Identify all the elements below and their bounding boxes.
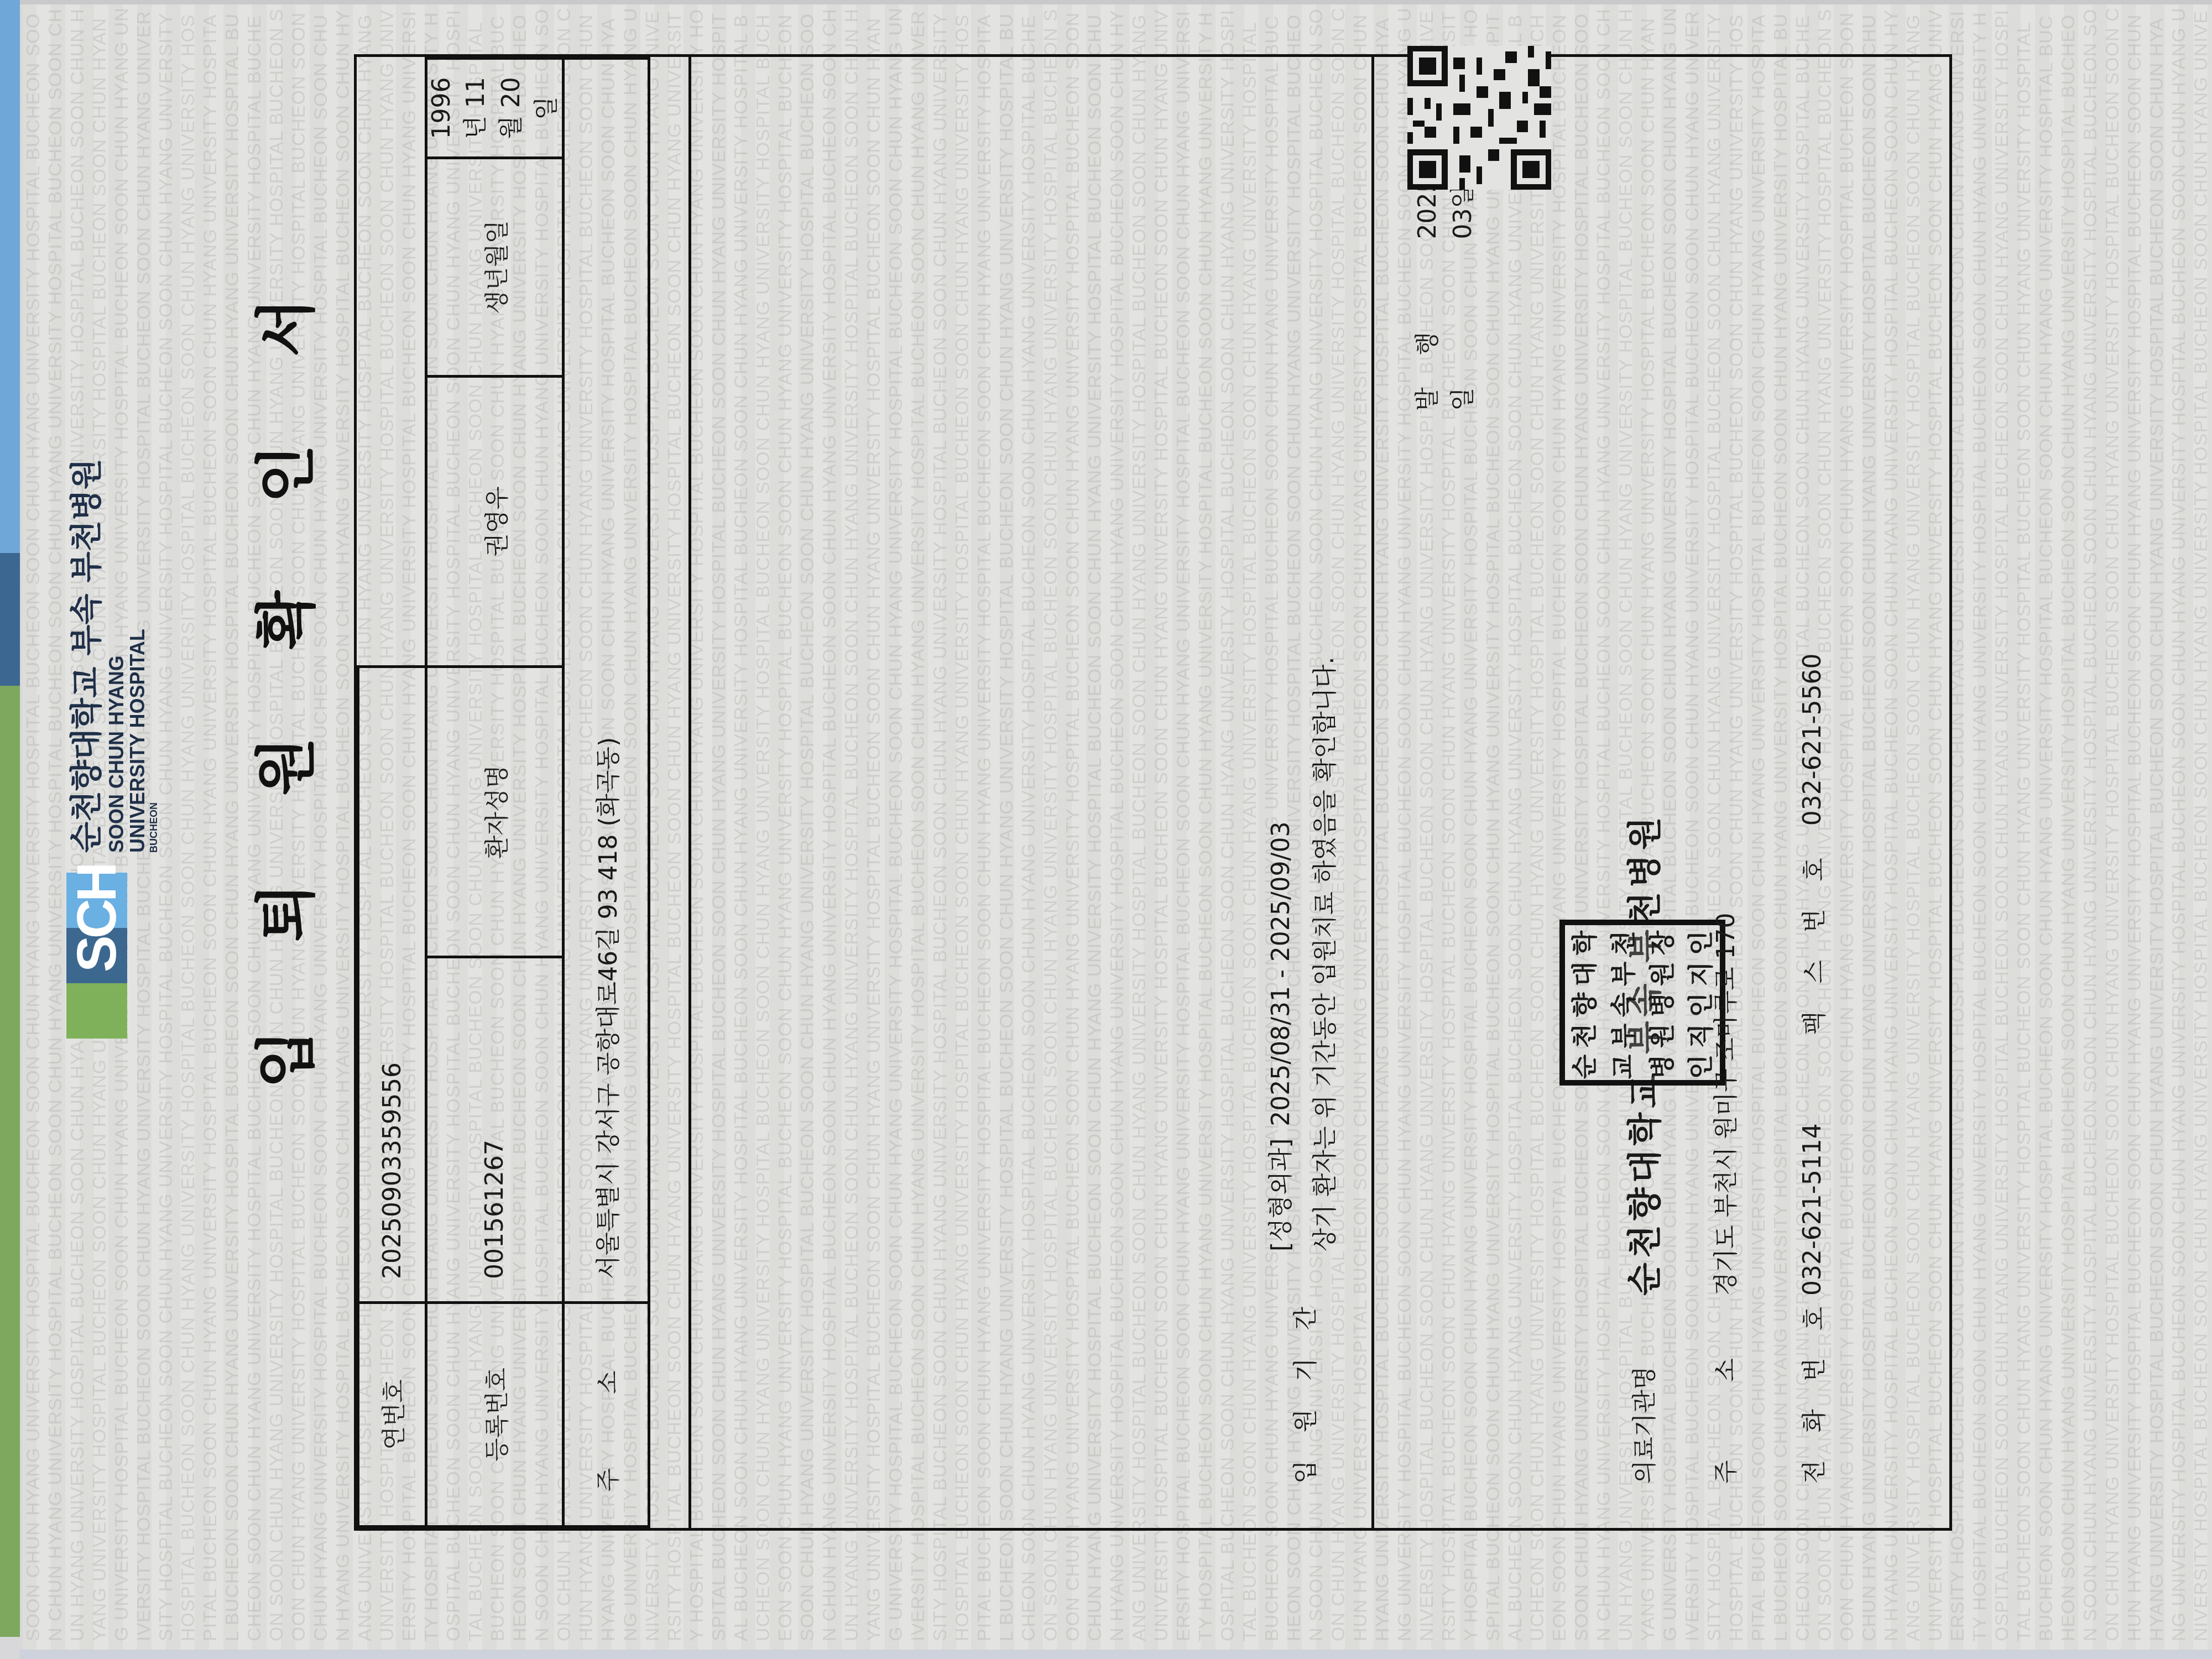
patient-name-label: 환자성명 xyxy=(426,667,564,957)
dob-value: 1996년 11월 20일 xyxy=(426,59,564,158)
confirmation-form: 연번호 20250903359556 등록번호 001561267 환자성명 권… xyxy=(354,54,1952,1531)
admission-dates: 2025/08/31 - 2025/09/03 xyxy=(1267,822,1295,1126)
address-label: 주 소 xyxy=(564,1303,649,1527)
patient-name-value: 권영우 xyxy=(426,377,564,667)
admission-department-period: [성형외과]2025/08/31 - 2025/09/03 xyxy=(1261,822,1296,1251)
institution-contact-row: 전 화 번 호 032-621-5114 팩 스 번 호 032-621-556… xyxy=(1794,654,1830,1484)
document-title: 입 퇴 원 확 인 서 xyxy=(238,265,325,1088)
document-paper: SOON CHUN HYANG UNIVERSITY HOSPITAL BUCH… xyxy=(22,4,2212,1650)
hospital-logo: SCH 순천향대학교 부속 부천병원 SOON CHUN HYANG UNIVE… xyxy=(66,458,160,1039)
sch-logo-icon: SCH xyxy=(66,873,127,1039)
issue-date-label: 발 행 일 xyxy=(1407,283,1478,411)
serial-label: 연번호 xyxy=(358,1303,426,1527)
department: [성형외과] xyxy=(1267,1139,1295,1251)
logo-name-korean: 순천향대학교 부속 부천병원 xyxy=(66,458,106,853)
fax-value: 032-621-5560 xyxy=(1798,654,1827,826)
issuer-section: 발 행 일 2025년 09월 03일 xyxy=(1371,57,1944,1528)
institution-address-label: 주 소 xyxy=(1706,1296,1741,1484)
institution-name-row: 의료기관명 순천향대학교 부속 부천병원 순천향대학교부속부천병원병원장인직인지… xyxy=(1618,812,1667,1484)
fax-label: 팩 스 번 호 xyxy=(1794,848,1830,1035)
logo-name-english-1: SOON CHUN HYANG xyxy=(106,458,127,853)
reg-no-value: 001561267 xyxy=(426,957,564,1303)
official-seal-icon: 순천향대학교부속부천병원병원장인직인지인 xyxy=(1559,920,1725,1086)
document-page: SOON CHUN HYANG UNIVERSITY HOSPITAL BUCH… xyxy=(22,4,2212,1641)
admission-period-label: 입 원 기 간 xyxy=(1286,1297,1321,1484)
dob-label: 생년월일 xyxy=(426,158,564,377)
qr-code-icon xyxy=(1407,46,1551,190)
institution-name: 순천향대학교 부속 부천병원 순천향대학교부속부천병원병원장인직인지인 xyxy=(1618,812,1667,1296)
serial-value: 20250903359556 xyxy=(358,667,426,1303)
reg-no-label: 등록번호 xyxy=(426,1303,564,1527)
phone-value: 032-621-5114 xyxy=(1798,1123,1827,1296)
confirmation-statement: 상기 환자는 위 기간동안 입원치료 하였음을 확인합니다. xyxy=(1305,657,1340,1252)
background-surface-top xyxy=(20,0,2212,4)
patient-info-table: 연번호 20250903359556 등록번호 001561267 환자성명 권… xyxy=(357,57,650,1528)
institution-address: 경기도 부천시 원미구 조마루로 170 xyxy=(1706,913,1741,1296)
background-surface-bottom xyxy=(20,1649,2212,1659)
logo-name-sub: BUCHEON xyxy=(148,458,160,853)
photo-edge-strip xyxy=(0,0,20,1659)
logo-name-english-2: UNIVERSITY HOSPITAL xyxy=(127,458,148,853)
institution-address-row: 주 소 경기도 부천시 원미구 조마루로 170 xyxy=(1706,913,1741,1484)
address-value: 서울특별시 강서구 공항대로46길 93 418 (화곡동) xyxy=(564,59,649,1303)
phone-label: 전 화 번 호 xyxy=(1794,1296,1830,1484)
institution-name-label: 의료기관명 xyxy=(1625,1296,1660,1484)
